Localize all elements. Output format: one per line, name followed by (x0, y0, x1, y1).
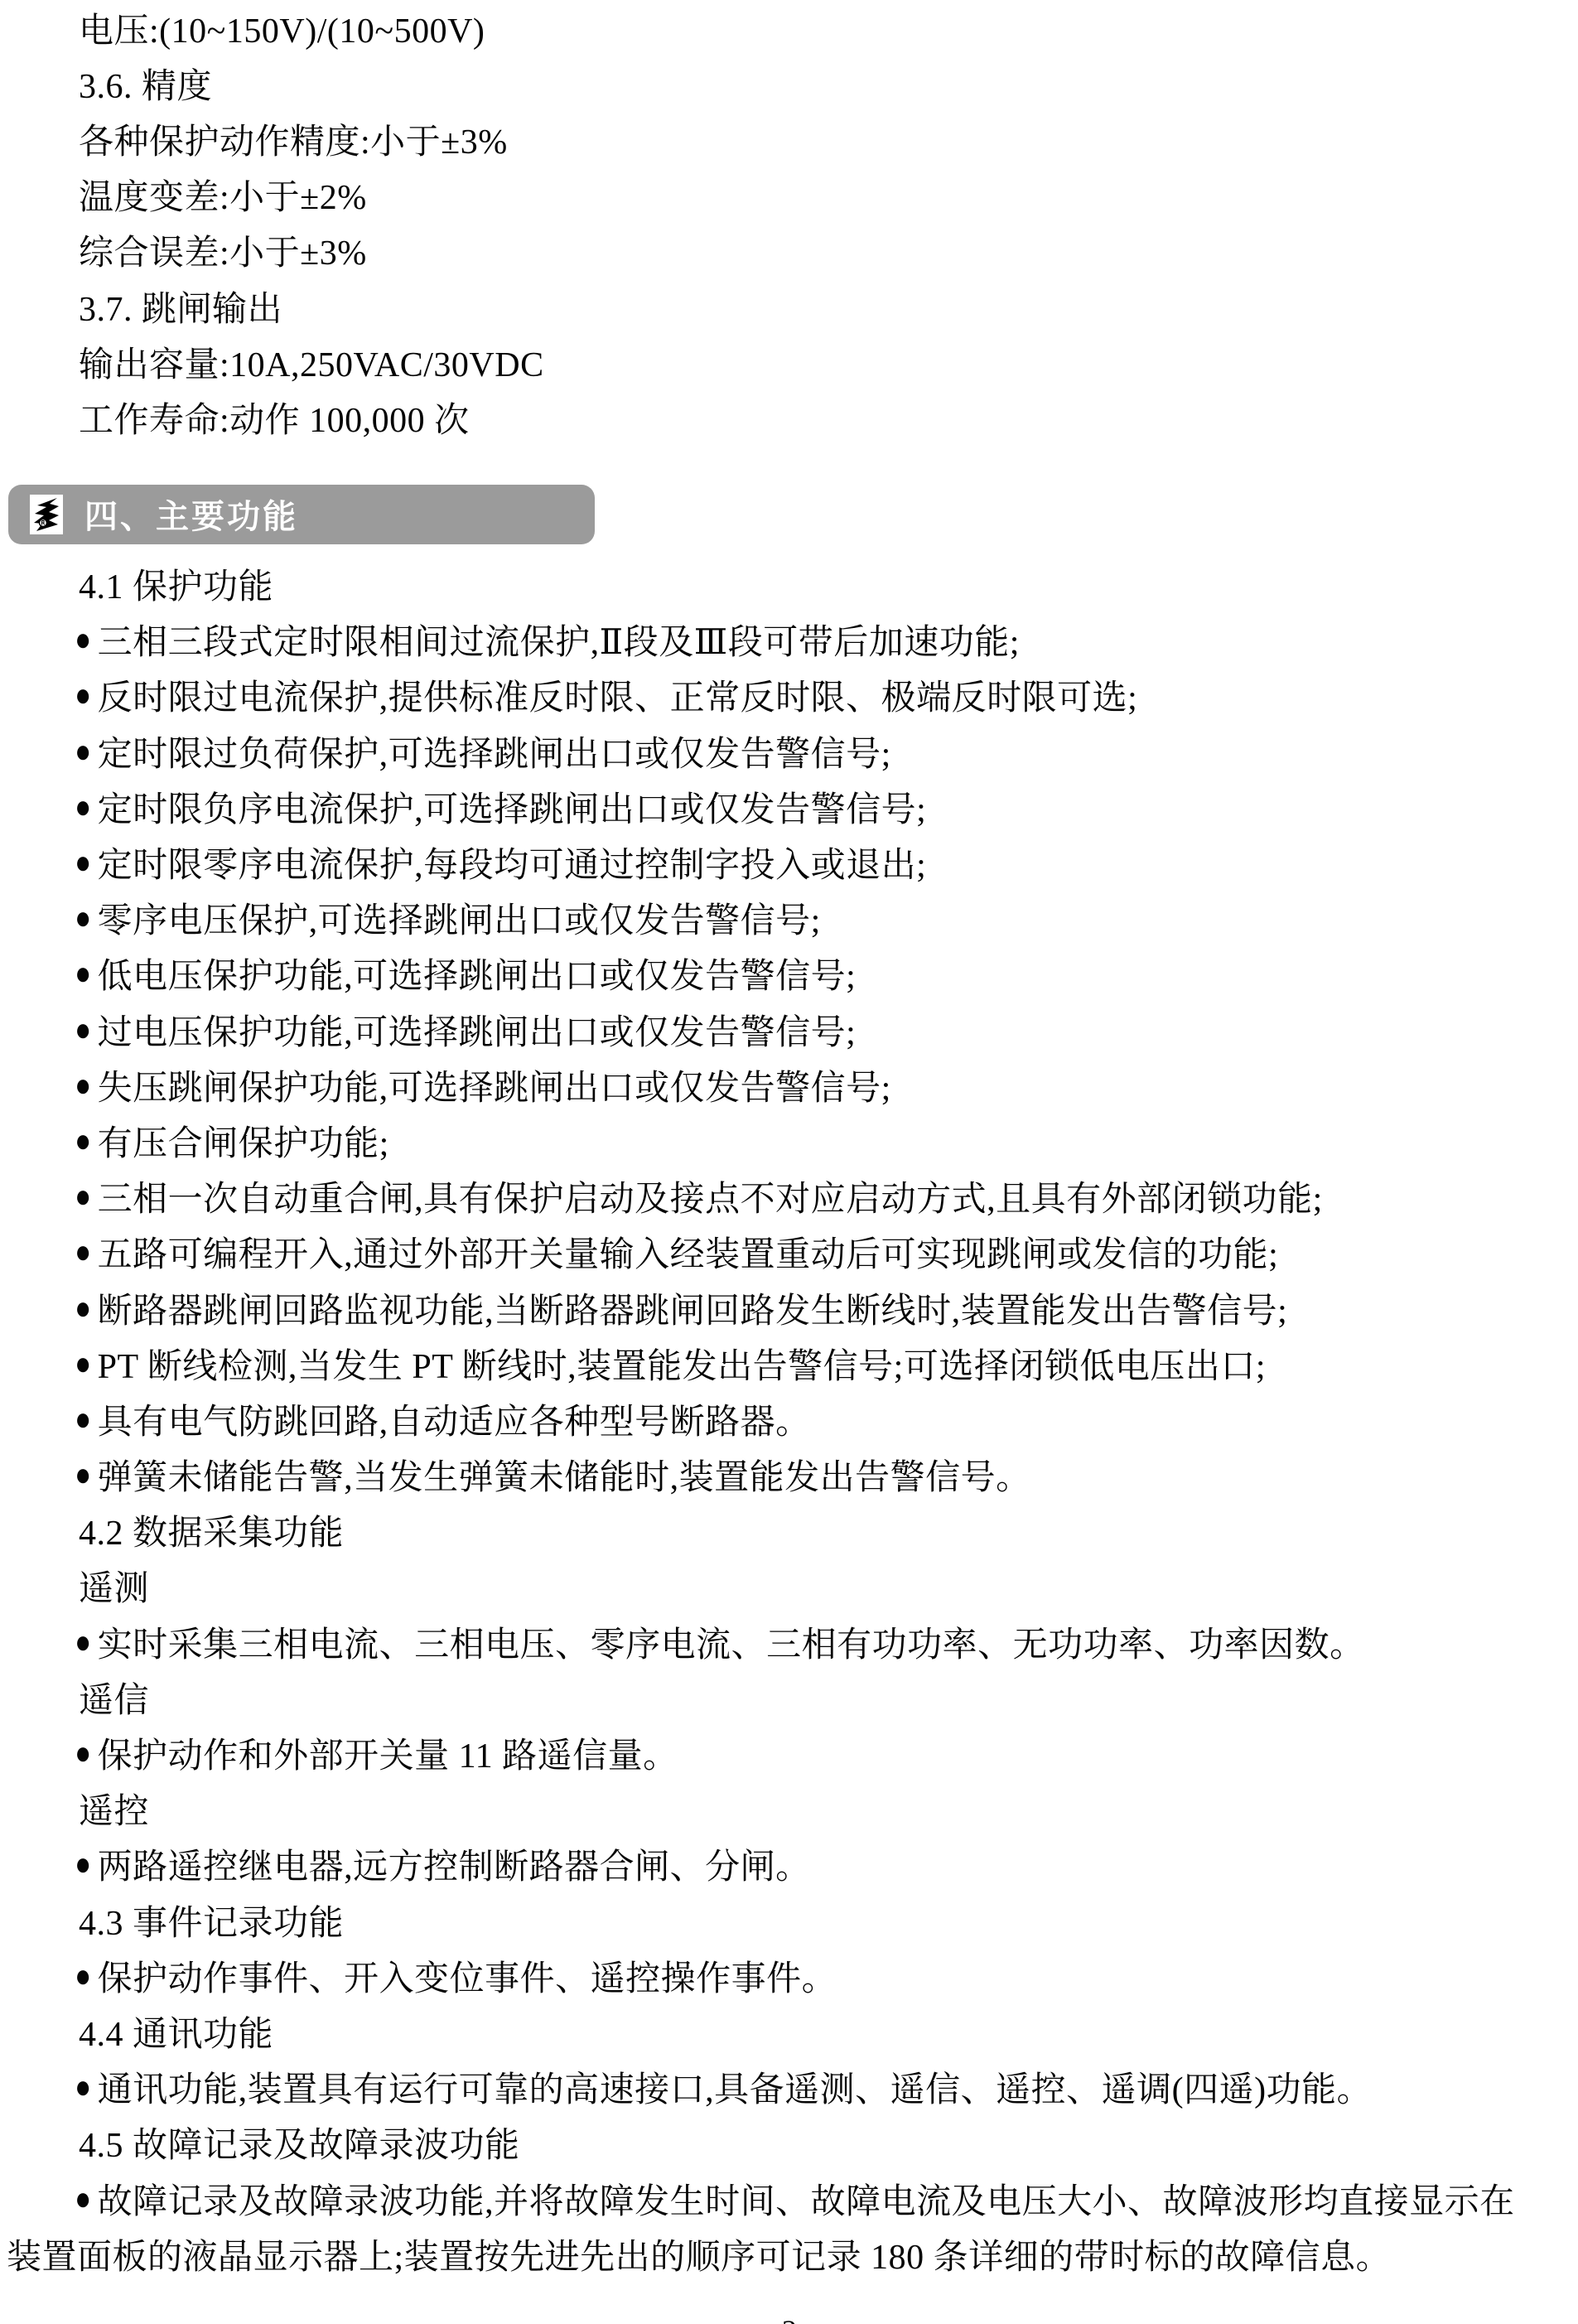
bullet-item: ●PT 断线检测,当发生 PT 断线时,装置能发出告警信号;可选择闭锁低电压出口… (0, 1336, 1578, 1391)
bullet-icon: ● (75, 1403, 91, 1436)
section-heading: 4.5 故障记录及故障录波功能 (0, 2115, 1578, 2171)
bullet-item: ●保护动作和外部开关量 11 路遥信量。 (0, 1725, 1578, 1780)
bullet-item: ●三相一次自动重合闸,具有保护启动及接点不对应启动方式,且具有外部闭锁功能; (0, 1169, 1578, 1225)
group-label: 遥测 (0, 1558, 1578, 1614)
bullet-item: ●通讯功能,装置具有运行可靠的高速接口,具备遥测、遥信、遥控、遥调(四遥)功能。 (0, 2060, 1578, 2115)
section-title: 四、主要功能 (84, 490, 298, 538)
content-area: 电压:(10~150V)/(10~500V) 3.6. 精度 各种保护动作精度:… (0, 0, 1578, 2282)
continuation-line: 装置面板的液晶显示器上;装置按先进先出的顺序可记录 180 条详细的带时标的故障… (0, 2226, 1578, 2282)
document-page: 电压:(10~150V)/(10~500V) 3.6. 精度 各种保护动作精度:… (0, 0, 1578, 2324)
bullet-icon: ● (75, 1013, 91, 1046)
spec-line: 工作寿命:动作 100,000 次 (0, 389, 1578, 445)
bullet-item: ●故障记录及故障录波功能,并将故障发生时间、故障电流及电压大小、故障波形均直接显… (0, 2171, 1578, 2226)
section-heading: 3.7. 跳闸输出 (0, 278, 1578, 334)
bullet-item: ●三相三段式定时限相间过流保护,Ⅱ段及Ⅲ段可带后加速功能; (0, 612, 1578, 668)
bullet-item: ●失压跳闸保护功能,可选择跳闸出口或仅发告警信号; (0, 1057, 1578, 1113)
page-number-partial: 2 (775, 2315, 803, 2324)
bullet-item: ●反时限过电流保护,提供标准反时限、正常反时限、极端反时限可选; (0, 668, 1578, 723)
bullet-item: ●实时采集三相电流、三相电压、零序电流、三相有功功率、无功功率、功率因数。 (0, 1614, 1578, 1669)
bullet-icon: ● (75, 1069, 91, 1102)
bullet-icon: ● (75, 679, 91, 712)
bullet-item: ●两路遥控继电器,远方控制断路器合闸、分闸。 (0, 1837, 1578, 1892)
bullet-icon: ● (75, 1180, 91, 1213)
spec-line: 综合误差:小于±3% (0, 223, 1578, 278)
section-heading: 4.1 保护功能 (0, 557, 1578, 612)
bullet-icon: ● (75, 1347, 91, 1380)
spec-line: 电压:(10~150V)/(10~500V) (0, 0, 1578, 56)
bullet-item: ●定时限零序电流保护,每段均可通过控制字投入或退出; (0, 834, 1578, 890)
section-heading: 4.2 数据采集功能 (0, 1503, 1578, 1558)
bullet-item: ●具有电气防跳回路,自动适应各种型号断路器。 (0, 1391, 1578, 1447)
bullet-icon: ● (75, 1959, 91, 1993)
spec-line: 各种保护动作精度:小于±3% (0, 111, 1578, 167)
bullet-icon: ● (75, 2182, 91, 2215)
bullet-item: ●断路器跳闸回路监视功能,当断路器跳闸回路发生断线时,装置能发出告警信号; (0, 1280, 1578, 1336)
bullet-item: ●保护动作事件、开入变位事件、遥控操作事件。 (0, 1948, 1578, 2003)
bullet-icon: ● (75, 1235, 91, 1268)
bullet-icon: ● (75, 957, 91, 990)
spec-line: 温度变差:小于±2% (0, 167, 1578, 223)
group-label: 遥信 (0, 1669, 1578, 1725)
group-label: 遥控 (0, 1781, 1578, 1837)
bullet-icon: ● (75, 846, 91, 879)
bullet-item: ●零序电压保护,可选择跳闸出口或仅发告警信号; (0, 891, 1578, 946)
section-heading: 3.6. 精度 (0, 56, 1578, 111)
bullet-icon: ● (75, 1124, 91, 1157)
body-section: 4.1 保护功能 ●三相三段式定时限相间过流保护,Ⅱ段及Ⅲ段可带后加速功能; ●… (0, 557, 1578, 2283)
section-header-bar: 四、主要功能 (8, 485, 595, 544)
spec-line: 输出容量:10A,250VAC/30VDC (0, 334, 1578, 389)
bullet-icon: ● (75, 901, 91, 935)
bullet-item: ●有压合闸保护功能; (0, 1113, 1578, 1168)
bullet-icon: ● (75, 1737, 91, 1770)
bullet-item: ●定时限过负荷保护,可选择跳闸出口或仅发告警信号; (0, 723, 1578, 779)
bullet-icon: ● (75, 623, 91, 656)
bullet-icon: ● (75, 735, 91, 768)
bullet-icon: ● (75, 1848, 91, 1881)
bullet-icon: ● (75, 1626, 91, 1659)
bullet-item: ●弹簧未储能告警,当发生弹簧未储能时,装置能发出告警信号。 (0, 1447, 1578, 1503)
bullet-item: ●五路可编程开入,通过外部开关量输入经装置重动后可实现跳闸或发信的功能; (0, 1225, 1578, 1280)
bullet-item: ●定时限负序电流保护,可选择跳闸出口或仅发告警信号; (0, 779, 1578, 834)
bullet-icon: ● (75, 1292, 91, 1325)
brand-logo-icon (30, 495, 63, 534)
bullet-item: ●低电压保护功能,可选择跳闸出口或仅发告警信号; (0, 946, 1578, 1002)
section-heading: 4.3 事件记录功能 (0, 1892, 1578, 1948)
section-heading: 4.4 通讯功能 (0, 2003, 1578, 2059)
top-section: 电压:(10~150V)/(10~500V) 3.6. 精度 各种保护动作精度:… (0, 0, 1578, 446)
bullet-icon: ● (75, 2070, 91, 2104)
bullet-icon: ● (75, 1458, 91, 1491)
bullet-item: ●过电压保护功能,可选择跳闸出口或仅发告警信号; (0, 1002, 1578, 1057)
bullet-icon: ● (75, 790, 91, 824)
